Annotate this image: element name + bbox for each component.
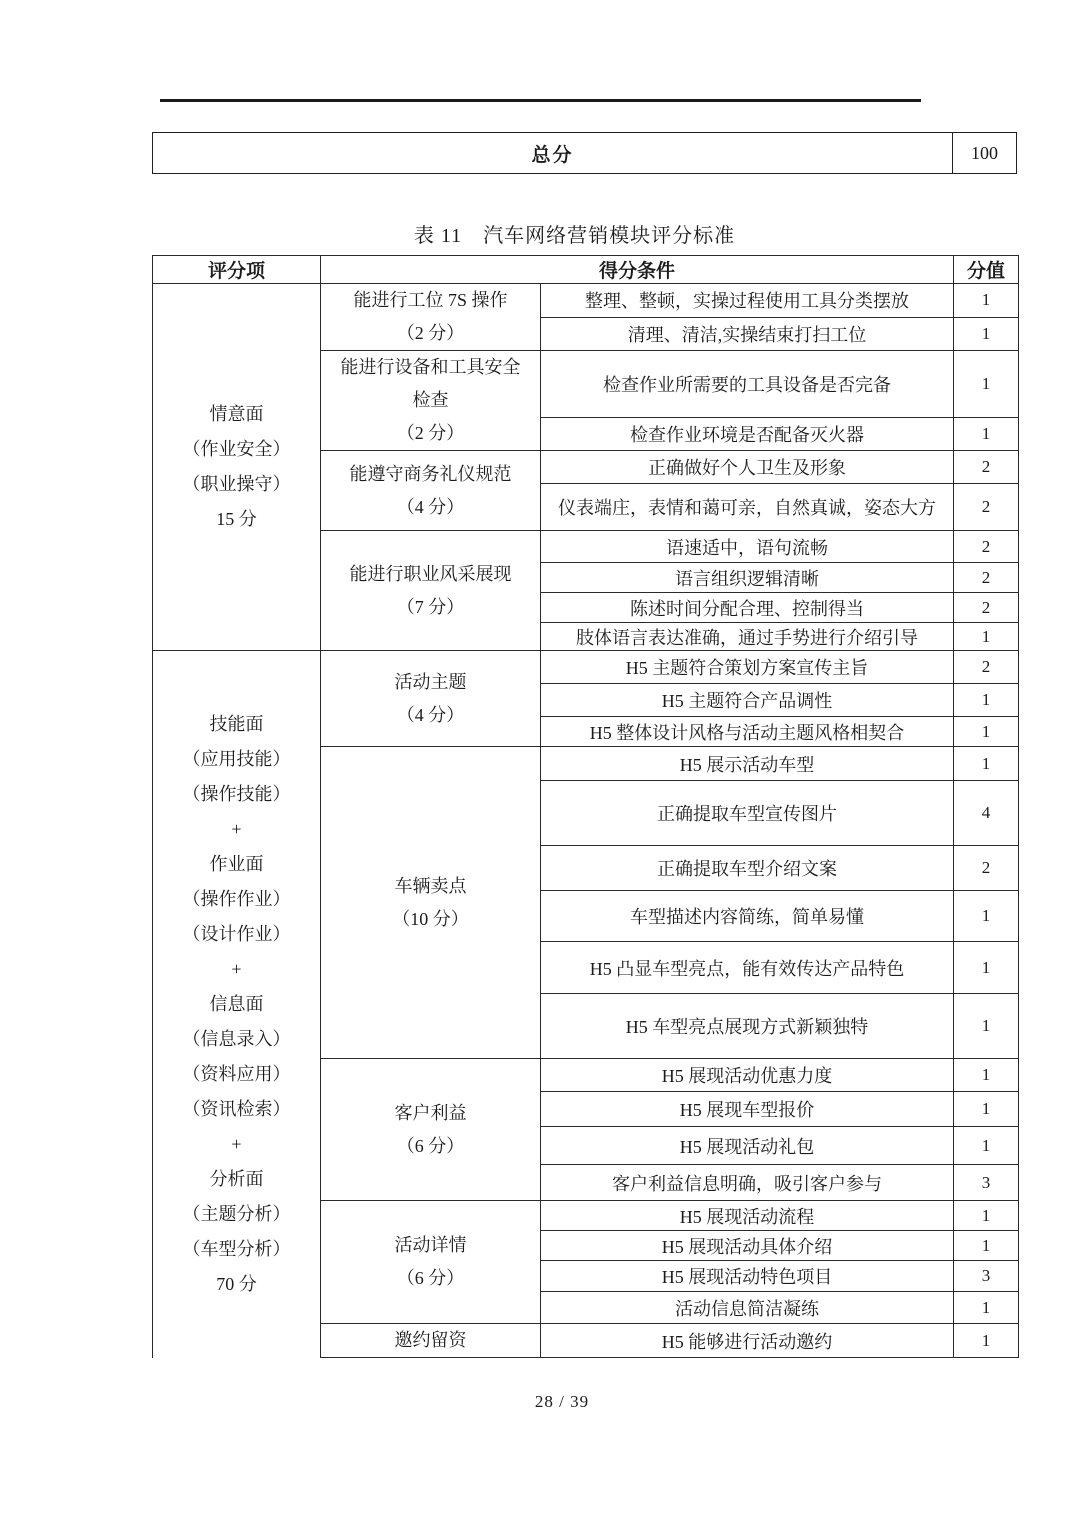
condition-cell: 正确提取车型宣传图片 (541, 781, 954, 846)
condition-cell: H5 展示活动车型 (541, 747, 954, 781)
criteria-group-cell: 客户利益 （6 分） (321, 1059, 541, 1201)
condition-cell: 活动信息简洁凝练 (541, 1292, 954, 1324)
page-number: 28 / 39 (152, 1392, 972, 1412)
condition-cell: 车型描述内容简练，简单易懂 (541, 891, 954, 942)
condition-cell: 语速适中，语句流畅 (541, 531, 954, 563)
header-condition-column: 得分条件 (321, 256, 954, 284)
condition-cell: 肢体语言表达准确，通过手势进行介绍引导 (541, 623, 954, 651)
condition-cell: 客户利益信息明确，吸引客户参与 (541, 1165, 954, 1201)
condition-cell: H5 车型亮点展现方式新颖独特 (541, 994, 954, 1059)
score-cell: 1 (954, 717, 1019, 747)
criteria-group-cell: 邀约留资 (321, 1324, 541, 1358)
score-cell: 3 (954, 1165, 1019, 1201)
score-cell: 2 (954, 484, 1019, 531)
header-score-column: 分值 (954, 256, 1019, 284)
criteria-group-cell: 能进行工位 7S 操作 （2 分） (321, 284, 541, 351)
scoring-dimension-cell: 情意面 （作业安全） （职业操守） 15 分 (153, 284, 321, 651)
criteria-group-cell: 能进行设备和工具安全检查 （2 分） (321, 351, 541, 451)
table-cut-border-divider (320, 1347, 321, 1356)
score-cell: 1 (954, 942, 1019, 994)
score-cell: 1 (954, 1231, 1019, 1261)
score-cell: 1 (954, 1059, 1019, 1092)
condition-cell: 检查作业环境是否配备灭火器 (541, 418, 954, 451)
condition-cell: H5 主题符合产品调性 (541, 684, 954, 717)
score-cell: 1 (954, 994, 1019, 1059)
score-cell: 1 (954, 1292, 1019, 1324)
condition-cell: H5 展现活动流程 (541, 1201, 954, 1231)
score-cell: 1 (954, 1324, 1019, 1358)
condition-cell: 正确提取车型介绍文案 (541, 846, 954, 891)
score-cell: 2 (954, 846, 1019, 891)
score-cell: 1 (954, 684, 1019, 717)
condition-cell: H5 整体设计风格与活动主题风格相契合 (541, 717, 954, 747)
criteria-group-cell: 活动主题 （4 分） (321, 651, 541, 747)
score-cell: 1 (954, 891, 1019, 942)
table-row: 技能面 （应用技能） （操作技能） + 作业面 （操作作业） （设计作业） + … (153, 651, 1019, 684)
condition-cell: H5 展现车型报价 (541, 1092, 954, 1127)
scoring-dimension-cell: 技能面 （应用技能） （操作技能） + 作业面 （操作作业） （设计作业） + … (153, 651, 321, 1358)
total-score-value: 100 (953, 133, 1016, 173)
criteria-group-cell: 活动详情 （6 分） (321, 1201, 541, 1324)
condition-cell: H5 凸显车型亮点，能有效传达产品特色 (541, 942, 954, 994)
criteria-group-cell: 车辆卖点 （10 分） (321, 747, 541, 1059)
condition-cell: 清理、清洁,实操结束打扫工位 (541, 317, 954, 351)
condition-cell: H5 展现活动礼包 (541, 1127, 954, 1165)
criteria-group-cell: 能进行职业风采展现 （7 分） (321, 531, 541, 651)
score-cell: 1 (954, 747, 1019, 781)
score-cell: 1 (954, 623, 1019, 651)
total-score-label: 总分 (153, 133, 953, 173)
score-cell: 2 (954, 451, 1019, 484)
condition-cell: 正确做好个人卫生及形象 (541, 451, 954, 484)
scoring-table: 评分项 得分条件 分值 情意面 （作业安全） （职业操守） 15 分 能进行工位… (152, 255, 1019, 1358)
score-cell: 2 (954, 651, 1019, 684)
score-cell: 4 (954, 781, 1019, 846)
score-cell: 1 (954, 1092, 1019, 1127)
score-cell: 1 (954, 1127, 1019, 1165)
score-cell: 2 (954, 531, 1019, 563)
table-row: 情意面 （作业安全） （职业操守） 15 分 能进行工位 7S 操作 （2 分）… (153, 284, 1019, 318)
document-page: 总分 100 表 11 汽车网络营销模块评分标准 评分项 得分条件 分值 情意面… (0, 0, 1080, 1527)
score-cell: 1 (954, 284, 1019, 318)
score-cell: 1 (954, 351, 1019, 418)
total-score-table: 总分 100 (152, 132, 1017, 174)
condition-cell: H5 能够进行活动邀约 (541, 1324, 954, 1358)
criteria-group-cell: 能遵守商务礼仪规范 （4 分） (321, 451, 541, 531)
condition-cell: 检查作业所需要的工具设备是否完备 (541, 351, 954, 418)
header-item-column: 评分项 (153, 256, 321, 284)
score-cell: 2 (954, 563, 1019, 593)
condition-cell: 语言组织逻辑清晰 (541, 563, 954, 593)
score-cell: 1 (954, 317, 1019, 351)
condition-cell: 陈述时间分配合理、控制得当 (541, 593, 954, 623)
condition-cell: 仪表端庄，表情和蔼可亲，自然真诚，姿态大方 (541, 484, 954, 531)
condition-cell: H5 展现活动具体介绍 (541, 1231, 954, 1261)
score-cell: 1 (954, 418, 1019, 451)
score-cell: 3 (954, 1261, 1019, 1292)
score-cell: 1 (954, 1201, 1019, 1231)
condition-cell: H5 主题符合策划方案宣传主旨 (541, 651, 954, 684)
condition-cell: H5 展现活动优惠力度 (541, 1059, 954, 1092)
table-header-row: 评分项 得分条件 分值 (153, 256, 1019, 284)
table-cut-border-left (152, 1347, 153, 1356)
condition-cell: 整理、整顿，实操过程使用工具分类摆放 (541, 284, 954, 318)
header-rule (160, 99, 921, 102)
condition-cell: H5 展现活动特色项目 (541, 1261, 954, 1292)
table-title: 表 11 汽车网络营销模块评分标准 (152, 219, 997, 248)
score-cell: 2 (954, 593, 1019, 623)
